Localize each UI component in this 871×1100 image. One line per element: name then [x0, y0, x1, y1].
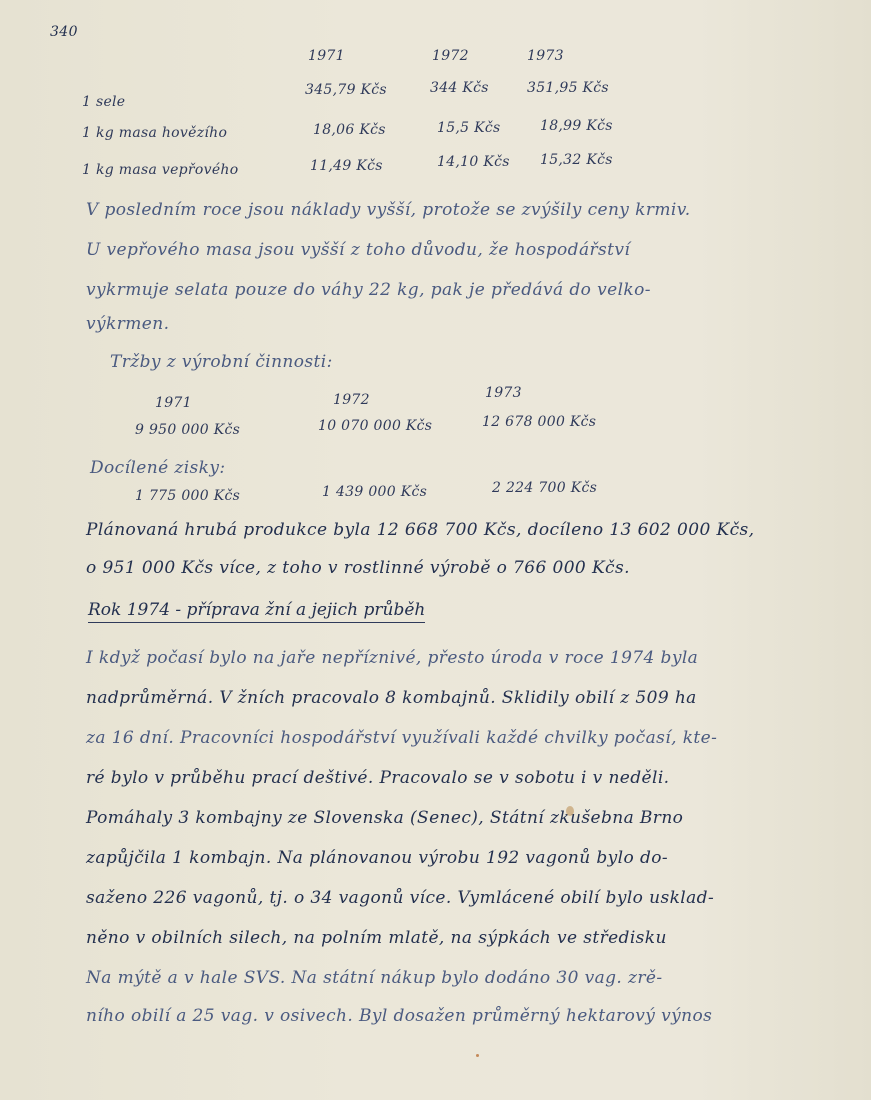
page-number: 340: [50, 24, 78, 40]
handwritten-chronicle-page: 340 1971 1972 1973 1 sele 345,79 Kčs 344…: [0, 0, 871, 1100]
revenues-value: 9 950 000 Kčs: [135, 422, 240, 438]
price-table-cell: 345,79 Kčs: [305, 82, 387, 98]
price-table-cell: 15,32 Kčs: [540, 152, 613, 168]
price-table-year-header: 1971: [308, 48, 345, 64]
text-line: za 16 dní. Pracovníci hospodářství využí…: [86, 728, 717, 748]
paper-speck: [476, 1054, 479, 1057]
profits-value: 1 439 000 Kčs: [322, 484, 427, 500]
text-line: I když počasí bylo na jaře nepříznivé, p…: [86, 648, 698, 668]
price-table-cell: 15,5 Kčs: [437, 120, 501, 136]
profits-value: 1 775 000 Kčs: [135, 488, 240, 504]
text-line: Plánovaná hrubá produkce byla 12 668 700…: [86, 520, 754, 540]
text-line: zapůjčila 1 kombajn. Na plánovanou výrob…: [86, 848, 668, 868]
text-line: Na mýtě a v hale SVS. Na státní nákup by…: [86, 968, 663, 988]
price-table-cell: 14,10 Kčs: [437, 154, 510, 170]
text-line: něno v obilních silech, na polním mlatě,…: [86, 928, 667, 948]
profits-value: 2 224 700 Kčs: [492, 480, 597, 496]
price-table-cell: 18,99 Kčs: [540, 118, 613, 134]
text-line: o 951 000 Kčs více, z toho v rostlinné v…: [86, 558, 630, 578]
text-line: U vepřového masa jsou vyšší z toho důvod…: [86, 240, 630, 260]
text-line: V posledním roce jsou náklady vyšší, pro…: [86, 200, 691, 220]
section-heading: Rok 1974 - příprava žní a jejich průběh: [88, 600, 425, 623]
price-table-cell: 344 Kčs: [430, 80, 489, 96]
text-line: saženo 226 vagonů, tj. o 34 vagonů více.…: [86, 888, 714, 908]
revenues-value: 10 070 000 Kčs: [318, 418, 432, 434]
text-line: nadprůměrná. V žních pracovalo 8 kombajn…: [86, 688, 697, 708]
ink-stain: [566, 806, 574, 816]
price-table-row-label: 1 kg masa vepřového: [82, 162, 238, 178]
price-table-cell: 11,49 Kčs: [310, 158, 383, 174]
revenues-year: 1971: [155, 395, 192, 411]
text-line: Pomáhaly 3 kombajny ze Slovenska (Senec)…: [86, 808, 683, 828]
price-table-row-label: 1 kg masa hovězího: [82, 125, 227, 141]
text-line: vykrmuje selata pouze do váhy 22 kg, pak…: [86, 280, 651, 300]
price-table-row-label: 1 sele: [82, 94, 125, 110]
text-line: výkrmen.: [86, 314, 169, 334]
text-line: ré bylo v průběhu prací deštivé. Pracova…: [86, 768, 669, 788]
price-table-year-header: 1972: [432, 48, 469, 64]
revenues-title: Tržby z výrobní činnosti:: [110, 352, 333, 372]
price-table-cell: 18,06 Kčs: [313, 122, 386, 138]
price-table-cell: 351,95 Kčs: [527, 80, 609, 96]
profits-title: Docílené zisky:: [90, 458, 225, 478]
text-line: ního obilí a 25 vag. v osivech. Byl dosa…: [86, 1006, 712, 1026]
revenues-year: 1972: [333, 392, 370, 408]
revenues-value: 12 678 000 Kčs: [482, 414, 596, 430]
price-table-year-header: 1973: [527, 48, 564, 64]
revenues-year: 1973: [485, 385, 522, 401]
